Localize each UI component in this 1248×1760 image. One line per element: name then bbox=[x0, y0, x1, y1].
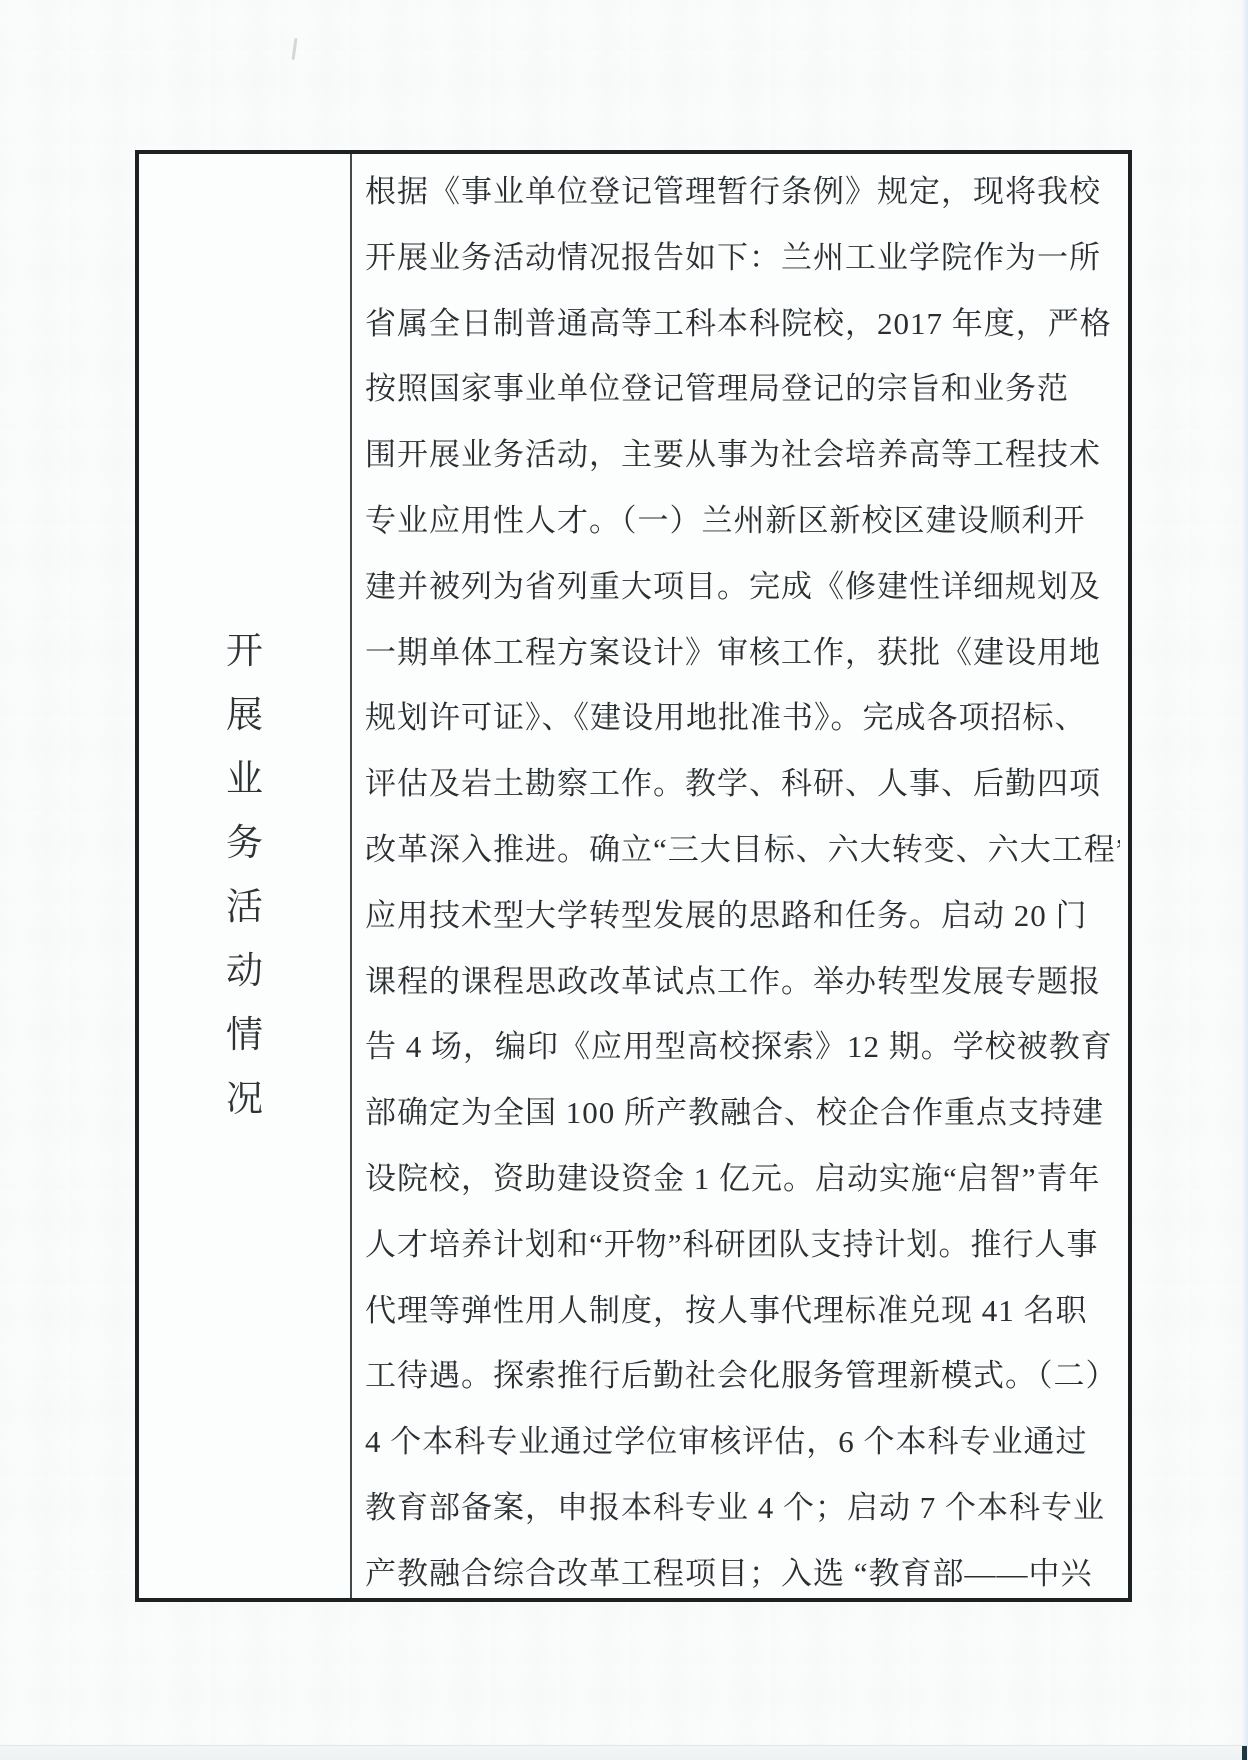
scanner-edge-right bbox=[1241, 0, 1248, 1760]
body-text-line: 代理等弹性用人制度，按人事代理标准兑现 41 名职 bbox=[365, 1278, 1120, 1344]
body-text-line: 根据《事业单位登记管理暂行条例》规定，现将我校 bbox=[365, 159, 1120, 225]
row-label-character: 况 bbox=[226, 1068, 263, 1132]
scanner-edge-corner-tick bbox=[1242, 1746, 1247, 1760]
body-text-line: 工待遇。探索推行后勤社会化服务管理新模式。（二） bbox=[365, 1343, 1120, 1409]
body-text-line: 产教融合综合改革工程项目；入选 “教育部——中兴 bbox=[365, 1541, 1120, 1598]
body-text-line: 专业应用性人才。（一）兰州新区新校区建设顺利开 bbox=[365, 488, 1120, 554]
row-label-character: 展 bbox=[226, 684, 263, 748]
body-text-line: 课程的课程思政改革试点工作。举办转型发展专题报 bbox=[365, 949, 1120, 1015]
report-table: 开展业务活动情况 根据《事业单位登记管理暂行条例》规定，现将我校开展业务活动情况… bbox=[135, 150, 1132, 1602]
body-text-line: 应用技术型大学转型发展的思路和任务。启动 20 门 bbox=[365, 883, 1120, 949]
row-label-character: 情 bbox=[226, 1004, 263, 1068]
row-label-character: 动 bbox=[226, 940, 263, 1004]
row-label-character: 业 bbox=[226, 748, 263, 812]
row-label-character: 务 bbox=[226, 812, 263, 876]
body-text-line: 按照国家事业单位登记管理局登记的宗旨和业务范 bbox=[365, 356, 1120, 422]
body-text-line: 评估及岩土勘察工作。教学、科研、人事、后勤四项 bbox=[365, 751, 1120, 817]
scanner-edge-bottom bbox=[0, 1745, 1248, 1760]
body-text-line: 设院校，资助建设资金 1 亿元。启动实施“启智”青年 bbox=[365, 1146, 1120, 1212]
body-text-line: 4 个本科专业通过学位审核评估，6 个本科专业通过 bbox=[365, 1409, 1120, 1475]
body-text-line: 围开展业务活动，主要从事为社会培养高等工程技术 bbox=[365, 422, 1120, 488]
body-text-line: 教育部备案，申报本科专业 4 个；启动 7 个本科专业 bbox=[365, 1475, 1120, 1541]
row-label-character: 活 bbox=[226, 876, 263, 940]
row-label-character: 开 bbox=[226, 620, 263, 684]
body-text-line: 告 4 场，编印《应用型高校探索》12 期。学校被教育 bbox=[365, 1014, 1120, 1080]
scanned-document-page: { "document": { "kind": "scanned report … bbox=[0, 0, 1248, 1760]
body-text-line: 人才培养计划和“开物”科研团队支持计划。推行人事 bbox=[365, 1212, 1120, 1278]
body-text-line: 建并被列为省列重大项目。完成《修建性详细规划及 bbox=[365, 554, 1120, 620]
table-cell-body-text: 根据《事业单位登记管理暂行条例》规定，现将我校开展业务活动情况报告如下：兰州工业… bbox=[352, 154, 1128, 1598]
body-text-line: 开展业务活动情况报告如下：兰州工业学院作为一所 bbox=[365, 225, 1120, 291]
scan-fold-speck bbox=[291, 38, 297, 60]
body-text-line: 省属全日制普通高等工科本科院校，2017 年度，严格 bbox=[365, 291, 1120, 357]
body-text-line: 部确定为全国 100 所产教融合、校企合作重点支持建 bbox=[365, 1080, 1120, 1146]
body-text-line: 一期单体工程方案设计》审核工作，获批《建设用地 bbox=[365, 620, 1120, 686]
body-text-line: 规划许可证》、《建设用地批准书》。完成各项招标、 bbox=[365, 685, 1120, 751]
table-cell-row-label: 开展业务活动情况 bbox=[139, 154, 352, 1598]
body-text-line: 改革深入推进。确立“三大目标、六大转变、六大工程” bbox=[365, 817, 1120, 883]
